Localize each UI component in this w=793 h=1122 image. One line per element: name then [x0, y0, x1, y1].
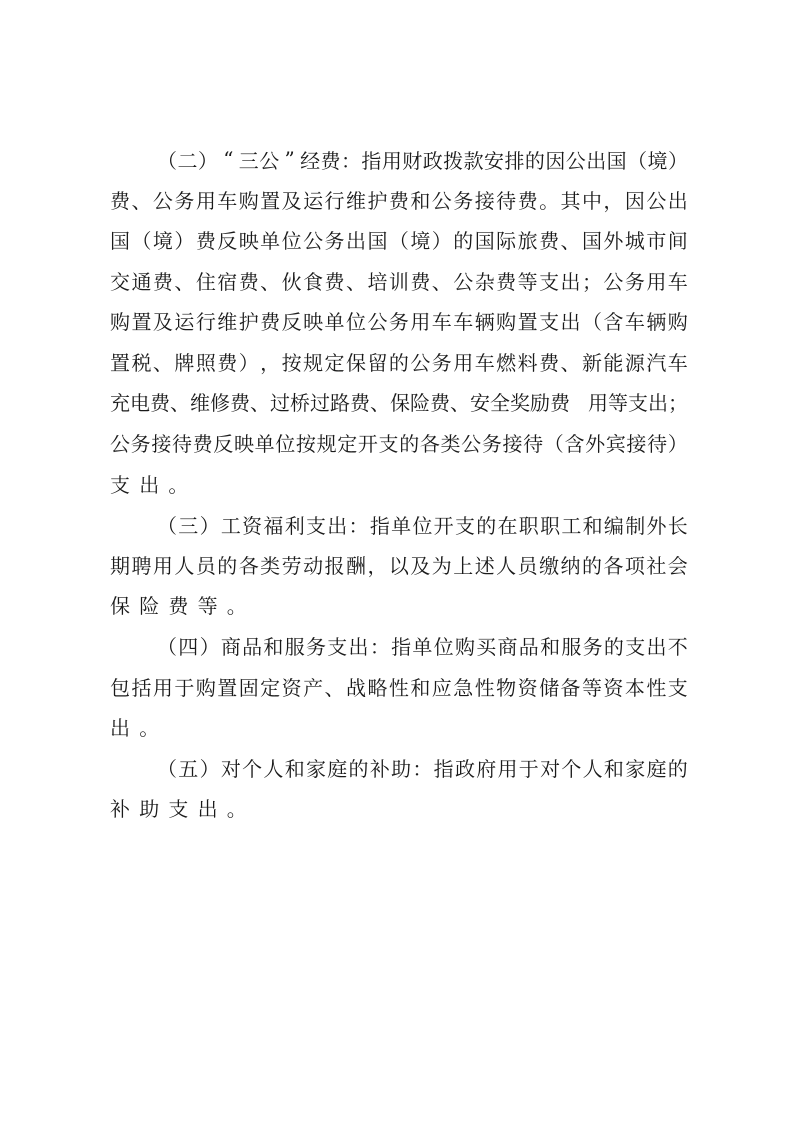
glyph: 定 — [337, 428, 357, 457]
glyph: 能 — [603, 347, 623, 376]
glyph: 新 — [582, 347, 602, 376]
glyph: 、 — [432, 266, 452, 295]
glyph: 充 — [110, 387, 130, 416]
glyph: 外 — [585, 428, 605, 457]
glyph: 公 — [566, 145, 586, 174]
glyph: ） — [668, 145, 688, 174]
glyph: 支 — [455, 510, 475, 539]
glyph: 公 — [432, 185, 452, 214]
glyph: 映 — [303, 306, 323, 335]
glyph: 期 — [110, 550, 130, 579]
glyph: 牌 — [174, 347, 194, 376]
glyph: 全 — [490, 387, 510, 416]
glyph: 单 — [391, 510, 411, 539]
glyph: （ — [389, 225, 409, 254]
glyph: 述 — [475, 550, 495, 579]
glyph: 安 — [484, 145, 504, 174]
glyph: 费 — [150, 387, 170, 416]
glyph: 车 — [453, 306, 473, 335]
glyph: 物 — [496, 672, 516, 701]
glyph: 城 — [625, 225, 645, 254]
glyph: 待 — [647, 428, 667, 457]
glyph: 助 — [391, 753, 411, 782]
glyph: 用 — [453, 347, 473, 376]
glyph: 员 — [518, 550, 538, 579]
glyph: （ — [131, 225, 151, 254]
glyph: 外 — [603, 225, 623, 254]
glyph: 位 — [346, 306, 366, 335]
paragraph-individual-family-subsidy-line-1: （五）对个人和家庭的补助：指政府用于对个人和家庭的 — [157, 752, 688, 782]
glyph: 公 — [646, 185, 666, 214]
glyph: 训 — [389, 266, 409, 295]
paragraph-san-gong-line-1: （二）“三公”经费：指用财政拨款安排的因公出国（境） — [157, 144, 688, 174]
glyph: 映 — [234, 428, 254, 457]
glyph: 出 — [668, 185, 688, 214]
glyph: 费 — [260, 306, 280, 335]
paragraph-san-gong-line-2: 费、公务用车购置及运行维护费和公务接待费。其中，因公出 — [110, 184, 688, 214]
document-page: （二）“三公”经费：指用财政拨款安排的因公出国（境） 费、公务用车购置及运行维护… — [0, 0, 793, 1122]
glyph: 车 — [432, 306, 452, 335]
glyph: 接 — [626, 428, 646, 457]
paragraph-goods-services-line-2: 包括用于购置固定资产、战略性和应急性物资储备等资本性支 — [110, 671, 688, 701]
glyph: 单 — [325, 306, 345, 335]
glyph: 职 — [540, 510, 560, 539]
glyph: 车 — [668, 347, 688, 376]
glyph: 和 — [540, 631, 560, 660]
glyph: 宿 — [217, 266, 237, 295]
glyph: 品 — [242, 631, 262, 660]
glyph: 留 — [367, 347, 387, 376]
glyph: 务 — [174, 185, 194, 214]
glyph: 务 — [583, 631, 603, 660]
glyph: 因 — [545, 145, 565, 174]
glyph: ” — [280, 147, 300, 171]
glyph: ， — [260, 347, 280, 376]
glyph: 产 — [303, 672, 323, 701]
glyph: 三 — [178, 510, 198, 539]
glyph: ： — [349, 510, 369, 539]
paragraph-san-gong-line-5: 购置及运行维护费反映单位公务用车车辆购置支出（含车辆购 — [110, 305, 688, 335]
glyph: ） — [174, 225, 194, 254]
glyph: 个 — [561, 753, 581, 782]
glyph: 备 — [561, 672, 581, 701]
glyph: 其 — [561, 185, 581, 214]
glyph: 待 — [523, 428, 543, 457]
glyph: 支 — [539, 306, 559, 335]
glyph: 购 — [496, 306, 516, 335]
glyph: （ — [157, 510, 177, 539]
glyph: 服 — [285, 631, 305, 660]
glyph: 出 — [327, 510, 347, 539]
glyph: 工 — [221, 510, 241, 539]
glyph: （ — [582, 306, 602, 335]
glyph: 开 — [434, 510, 454, 539]
glyph: 保 — [346, 347, 366, 376]
glyph: ） — [200, 510, 220, 539]
glyph: 、 — [561, 225, 581, 254]
glyph: 政 — [455, 753, 475, 782]
glyph: 行 — [196, 306, 216, 335]
glyph: 三 — [239, 145, 259, 174]
glyph: ） — [239, 347, 259, 376]
glyph: 的 — [525, 145, 545, 174]
glyph: 品 — [519, 631, 539, 660]
glyph: （ — [627, 145, 647, 174]
glyph: 费 — [518, 185, 538, 214]
glyph: 应 — [432, 672, 452, 701]
glyph: 费 — [550, 387, 570, 416]
paragraph-goods-services-line-1: （四）商品和服务支出：指单位购买商品和服务的支出不 — [157, 630, 688, 660]
glyph: 反 — [282, 306, 302, 335]
glyph: 五 — [178, 753, 198, 782]
glyph: 费 — [539, 225, 559, 254]
glyph: 置 — [260, 185, 280, 214]
glyph: 的 — [668, 753, 688, 782]
glyph: 料 — [518, 347, 538, 376]
glyph: 四 — [178, 631, 198, 660]
glyph: 用 — [153, 550, 173, 579]
glyph: 含 — [603, 306, 623, 335]
glyph: 杂 — [475, 266, 495, 295]
glyph: 的 — [399, 428, 419, 457]
glyph: 、 — [170, 387, 190, 416]
glyph: 务 — [432, 347, 452, 376]
glyph: 照 — [196, 347, 216, 376]
glyph: 福 — [263, 510, 283, 539]
glyph: “ — [218, 147, 238, 171]
paragraph-san-gong-line-3: 国（境）费反映单位公务出国（境）的国际旅费、国外城市间 — [110, 224, 688, 254]
glyph: ： — [370, 631, 390, 660]
glyph: 外 — [646, 510, 666, 539]
glyph: 境 — [410, 225, 430, 254]
glyph: 支 — [327, 631, 347, 660]
glyph: 对 — [540, 753, 560, 782]
glyph: 财 — [402, 145, 422, 174]
glyph: （ — [157, 145, 177, 174]
glyph: 国 — [582, 225, 602, 254]
glyph: 住 — [196, 266, 216, 295]
glyph: 出 — [346, 225, 366, 254]
glyph: 、 — [346, 266, 366, 295]
glyph: 二 — [177, 145, 197, 174]
paragraph-san-gong-line-4: 交通费、住宿费、伙食费、培训费、公杂费等支出；公务用车 — [110, 265, 688, 295]
glyph: 动 — [303, 550, 323, 579]
glyph: 、 — [561, 347, 581, 376]
glyph: 会 — [668, 550, 688, 579]
glyph: 和 — [285, 753, 305, 782]
glyph: 纳 — [561, 550, 581, 579]
glyph: 缴 — [539, 550, 559, 579]
glyph: 过 — [310, 387, 330, 416]
glyph: 安 — [470, 387, 490, 416]
glyph: 单 — [412, 631, 432, 660]
glyph: 等 — [582, 672, 602, 701]
glyph: 接 — [475, 185, 495, 214]
glyph: 置 — [217, 672, 237, 701]
glyph: 经 — [300, 145, 320, 174]
glyph: 、 — [370, 387, 390, 416]
glyph: 护 — [239, 306, 259, 335]
glyph: 战 — [346, 672, 366, 701]
glyph: 单 — [260, 225, 280, 254]
glyph: 项 — [625, 550, 645, 579]
paragraph-salary-welfare-line-1: （三）工资福利支出：指单位开支的在职职工和编制外长 — [157, 509, 688, 539]
glyph: 辆 — [475, 306, 495, 335]
glyph: 劳 — [282, 550, 302, 579]
glyph: 按 — [282, 347, 302, 376]
glyph: 的 — [453, 225, 473, 254]
glyph: 用 — [588, 387, 608, 416]
glyph: 支 — [625, 631, 645, 660]
glyph: 维 — [346, 185, 366, 214]
glyph: 际 — [496, 225, 516, 254]
glyph: 补 — [370, 753, 390, 782]
glyph: 修 — [210, 387, 230, 416]
glyph: 性 — [475, 672, 495, 701]
glyph: 务 — [389, 306, 409, 335]
glyph: 长 — [668, 510, 688, 539]
glyph: 职 — [519, 510, 539, 539]
glyph: 通 — [131, 266, 151, 295]
glyph: 括 — [131, 672, 151, 701]
glyph — [570, 389, 588, 413]
glyph: 出 — [561, 306, 581, 335]
glyph: 性 — [646, 672, 666, 701]
glyph: 个 — [242, 753, 262, 782]
glyph: 费 — [110, 185, 130, 214]
glyph: 不 — [668, 631, 688, 660]
glyph: 指 — [370, 510, 390, 539]
glyph: 为 — [432, 550, 452, 579]
glyph: 宾 — [606, 428, 626, 457]
glyph: 制 — [625, 510, 645, 539]
glyph: 务 — [625, 266, 645, 295]
glyph: 购 — [239, 185, 259, 214]
glyph: 务 — [482, 428, 502, 457]
glyph: 境 — [648, 145, 668, 174]
glyph: 储 — [539, 672, 559, 701]
glyph: 庭 — [327, 753, 347, 782]
glyph: 的 — [604, 631, 624, 660]
glyph: 、 — [260, 266, 280, 295]
glyph: 国 — [475, 225, 495, 254]
glyph: 过 — [270, 387, 290, 416]
glyph: 含 — [564, 428, 584, 457]
glyph: 及 — [282, 185, 302, 214]
glyph: 出 — [646, 631, 666, 660]
glyph: 务 — [453, 185, 473, 214]
glyph: ： — [341, 145, 361, 174]
glyph: 燃 — [496, 347, 516, 376]
glyph: 开 — [358, 428, 378, 457]
glyph: 工 — [561, 510, 581, 539]
glyph: 各 — [420, 428, 440, 457]
glyph: 位 — [275, 428, 295, 457]
glyph: 资 — [282, 672, 302, 701]
glyph: 商 — [221, 631, 241, 660]
glyph: 款 — [464, 145, 484, 174]
glyph: 于 — [519, 753, 539, 782]
glyph: 辆 — [646, 306, 666, 335]
paragraph-san-gong-line-8: 公务接待费反映单位按规定开支的各类公务接待（含外宾接待） — [110, 427, 688, 457]
glyph: 、 — [450, 387, 470, 416]
glyph: 用 — [646, 266, 666, 295]
glyph: 各 — [603, 550, 623, 579]
glyph: 人 — [583, 753, 603, 782]
glyph: 。 — [539, 185, 559, 214]
glyph: 费 — [325, 266, 345, 295]
paragraph-goods-services-line-3: 出。 — [110, 711, 168, 741]
glyph: 、 — [325, 672, 345, 701]
glyph: 包 — [110, 672, 130, 701]
glyph: ； — [582, 266, 602, 295]
glyph: 买 — [476, 631, 496, 660]
glyph: 税 — [131, 347, 151, 376]
glyph: 公 — [367, 306, 387, 335]
glyph: 费 — [496, 266, 516, 295]
glyph: 车 — [668, 266, 688, 295]
glyph: 用 — [410, 306, 430, 335]
glyph: （ — [544, 428, 564, 457]
glyph: 旅 — [518, 225, 538, 254]
glyph: 励 — [530, 387, 550, 416]
glyph: 和 — [410, 185, 430, 214]
paragraph-salary-welfare-line-3: 保险费等。 — [110, 589, 256, 619]
glyph: 支 — [668, 672, 688, 701]
glyph: 员 — [196, 550, 216, 579]
glyph: 支 — [539, 266, 559, 295]
glyph: 置 — [518, 306, 538, 335]
glyph: 支 — [628, 387, 648, 416]
glyph: 家 — [625, 753, 645, 782]
paragraph-san-gong-line-7: 充电费、维修费、过桥过路费、保险费、安全奖励费 用等支出； — [110, 386, 688, 416]
glyph: 及 — [153, 306, 173, 335]
glyph: 酬 — [346, 550, 366, 579]
glyph: 服 — [561, 631, 581, 660]
paragraph-san-gong-line-9: 支出。 — [110, 468, 198, 498]
glyph: 公 — [153, 185, 173, 214]
glyph: 桥 — [290, 387, 310, 416]
glyph: 奖 — [510, 387, 530, 416]
glyph: 资 — [518, 672, 538, 701]
glyph: 置 — [131, 306, 151, 335]
glyph: 以 — [389, 550, 409, 579]
glyph: 务 — [306, 631, 326, 660]
glyph: 人 — [263, 753, 283, 782]
glyph: 政 — [423, 145, 443, 174]
glyph: 源 — [625, 347, 645, 376]
glyph: （ — [157, 753, 177, 782]
glyph: 中 — [582, 185, 602, 214]
glyph: 拨 — [443, 145, 463, 174]
glyph: 交 — [110, 266, 130, 295]
glyph: 和 — [583, 510, 603, 539]
glyph: 用 — [196, 185, 216, 214]
glyph: ； — [668, 387, 688, 416]
glyph: 各 — [239, 550, 259, 579]
glyph: 单 — [255, 428, 275, 457]
glyph: 公 — [410, 347, 430, 376]
glyph: 位 — [282, 225, 302, 254]
glyph: 指 — [391, 631, 411, 660]
glyph: 本 — [625, 672, 645, 701]
glyph: ） — [198, 145, 218, 174]
glyph: ， — [367, 550, 387, 579]
glyph: 接 — [151, 428, 171, 457]
glyph: 急 — [453, 672, 473, 701]
glyph: 费 — [539, 347, 559, 376]
glyph: 反 — [217, 225, 237, 254]
glyph: 待 — [172, 428, 192, 457]
glyph: 行 — [325, 185, 345, 214]
glyph: ， — [603, 185, 623, 214]
glyph: 护 — [367, 185, 387, 214]
glyph: 等 — [518, 266, 538, 295]
glyph: 排 — [504, 145, 524, 174]
glyph: ） — [668, 428, 688, 457]
glyph: 、 — [153, 347, 173, 376]
glyph: 国 — [110, 225, 130, 254]
glyph: 定 — [325, 347, 345, 376]
glyph: 的 — [389, 347, 409, 376]
glyph: 公 — [110, 428, 130, 457]
glyph: 待 — [496, 185, 516, 214]
glyph: 位 — [434, 631, 454, 660]
glyph: 及 — [410, 550, 430, 579]
glyph: 规 — [317, 428, 337, 457]
glyph: ： — [412, 753, 432, 782]
glyph: 电 — [130, 387, 150, 416]
glyph: 略 — [367, 672, 387, 701]
glyph: 用 — [153, 672, 173, 701]
glyph: 费 — [230, 387, 250, 416]
glyph: 的 — [476, 510, 496, 539]
glyph: 用 — [498, 753, 518, 782]
glyph: 费 — [321, 145, 341, 174]
glyph: 的 — [582, 550, 602, 579]
glyph: 类 — [260, 550, 280, 579]
glyph: ） — [432, 225, 452, 254]
glyph: 费 — [193, 428, 213, 457]
glyph: 费 — [350, 387, 370, 416]
glyph: 资 — [603, 672, 623, 701]
glyph: 的 — [217, 550, 237, 579]
paragraph-san-gong-line-6: 置税、牌照费），按规定保留的公务用车燃料费、新能源汽车 — [110, 346, 688, 376]
glyph: 车 — [475, 347, 495, 376]
glyph: 规 — [303, 347, 323, 376]
glyph: 公 — [303, 225, 323, 254]
glyph: （ — [157, 631, 177, 660]
glyph: 费 — [196, 225, 216, 254]
glyph: 购 — [110, 306, 130, 335]
glyph: 、 — [131, 185, 151, 214]
glyph: 按 — [296, 428, 316, 457]
glyph: 出 — [648, 387, 668, 416]
glyph: 费 — [410, 266, 430, 295]
glyph: 置 — [110, 347, 130, 376]
glyph: 和 — [604, 753, 624, 782]
glyph: 费 — [389, 185, 409, 214]
glyph: ） — [200, 631, 220, 660]
glyph: 编 — [604, 510, 624, 539]
paragraph-individual-family-subsidy-line-2: 补助支出。 — [110, 792, 256, 822]
glyph: 的 — [349, 753, 369, 782]
glyph: 食 — [303, 266, 323, 295]
glyph: 人 — [496, 550, 516, 579]
glyph: 路 — [330, 387, 350, 416]
glyph: 购 — [455, 631, 475, 660]
glyph: 人 — [174, 550, 194, 579]
